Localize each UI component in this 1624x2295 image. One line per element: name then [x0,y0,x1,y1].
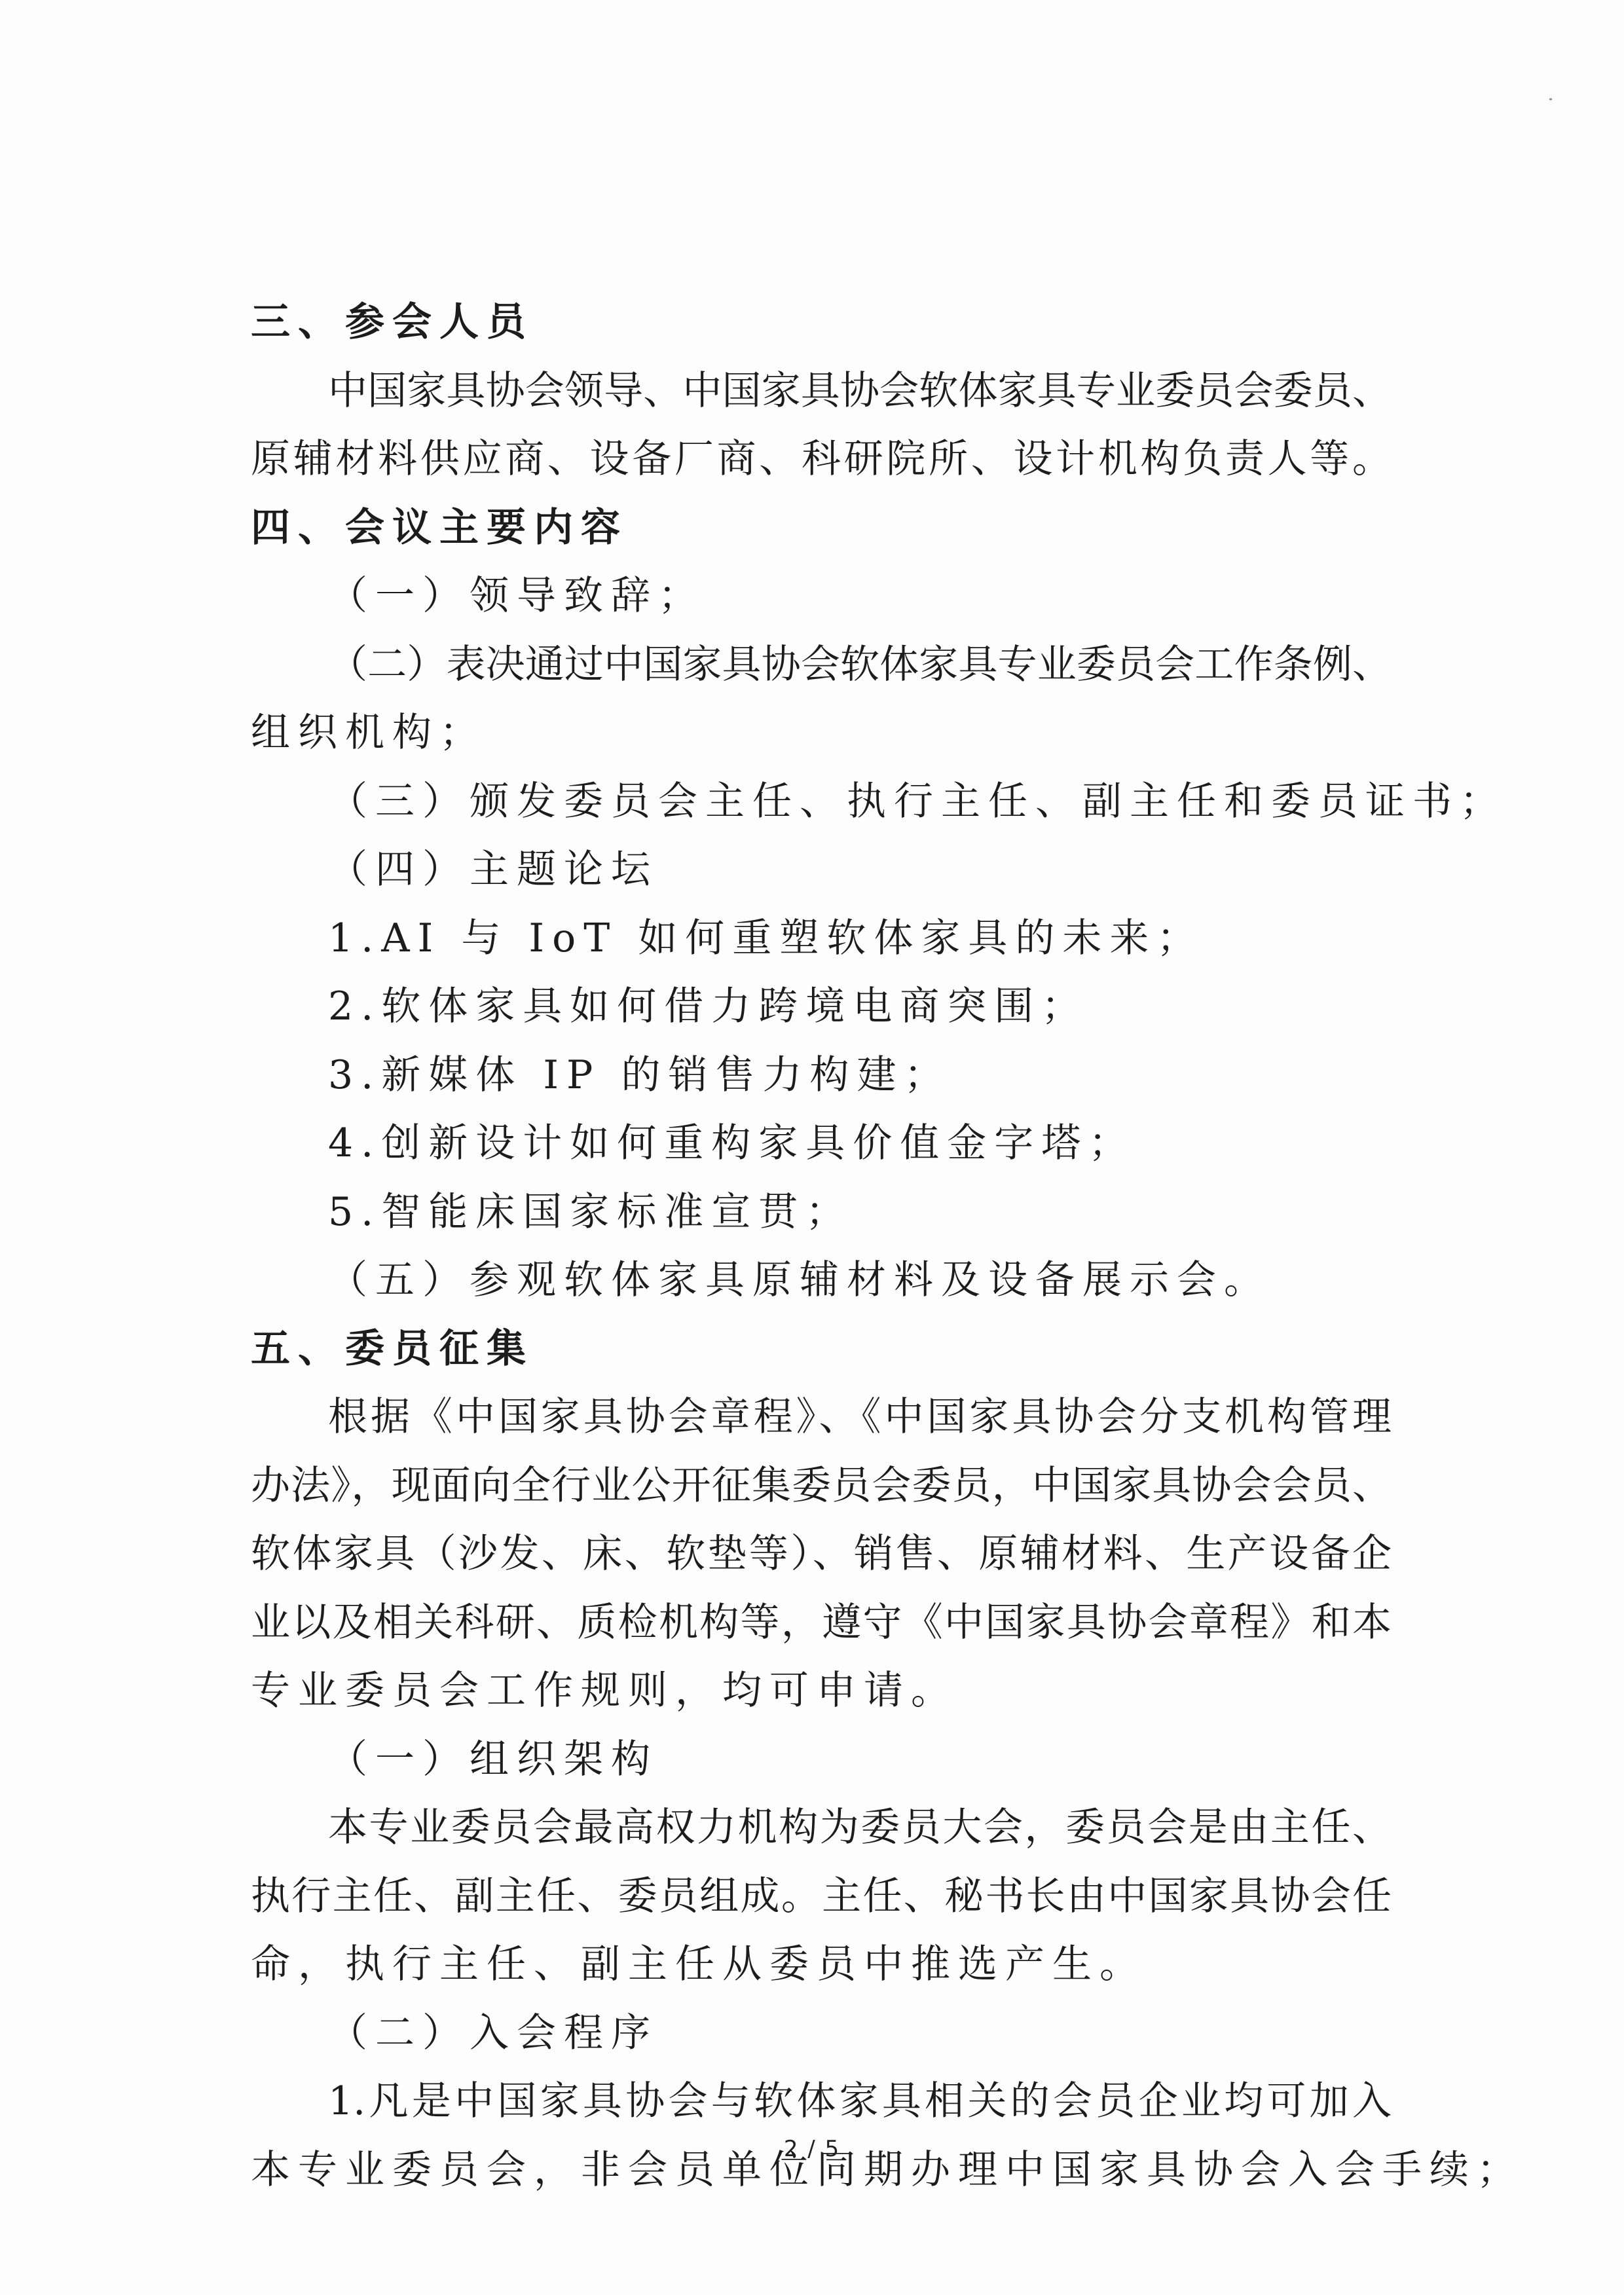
agenda-item: （一）领导致辞； [251,562,1392,631]
subsection-heading-procedure: （二）入会程序 [251,1999,1392,2068]
subsection-heading-organization: （一）组织架构 [251,1725,1392,1794]
document-body: 三、参会人员 中国家具协会领导、中国家具协会软体家具专业委员会委员、 原辅材料供… [251,288,1392,2204]
paragraph-line: 业以及相关科研、质检机构等，遵守《中国家具协会章程》和本 [251,1588,1392,1657]
paragraph-line: 命，执行主任、副主任从委员中推选产生。 [251,1930,1392,1999]
agenda-item: （三）颁发委员会主任、执行主任、副主任和委员证书； [251,767,1392,836]
paragraph-line: 办法》，现面向全行业公开征集委员会委员，中国家具协会会员、 [251,1452,1392,1520]
page-number: 2 / 5 [0,2136,1624,2162]
section-heading-attendees: 三、参会人员 [251,288,1392,357]
paragraph-line: 原辅材料供应商、设备厂商、科研院所、设计机构负责人等。 [251,425,1392,494]
paragraph-line: 执行主任、副主任、委员组成。主任、秘书长由中国家具协会任 [251,1862,1392,1931]
agenda-item: （五）参观软体家具原辅材料及设备展示会。 [251,1246,1392,1315]
paragraph-line: 根据《中国家具协会章程》、《中国家具协会分支机构管理 [251,1383,1392,1452]
document-page: 三、参会人员 中国家具协会领导、中国家具协会软体家具专业委员会委员、 原辅材料供… [0,0,1624,2295]
paragraph-line: 专业委员会工作规则，均可申请。 [251,1657,1392,1725]
agenda-item-continued: 组织机构； [251,699,1392,767]
section-heading-agenda: 四、会议主要内容 [251,494,1392,562]
paragraph-line: 本专业委员会最高权力机构为委员大会，委员会是由主任、 [251,1793,1392,1862]
paragraph-line: 中国家具协会领导、中国家具协会软体家具专业委员会委员、 [251,357,1392,426]
paragraph-line: 软体家具（沙发、床、软垫等）、销售、原辅材料、生产设备企 [251,1520,1392,1588]
scan-artifact [1549,98,1552,100]
forum-topic: 5.智能床国家标准宣贯； [251,1178,1392,1247]
forum-topic: 4.创新设计如何重构家具价值金字塔； [251,1109,1392,1178]
paragraph-line: 1.凡是中国家具协会与软体家具相关的会员企业均可加入 [251,2067,1392,2136]
forum-topic: 2.软体家具如何借力跨境电商突围； [251,972,1392,1041]
forum-topic: 1.AI 与 IoT 如何重塑软体家具的未来； [251,904,1392,973]
forum-topic: 3.新媒体 IP 的销售力构建； [251,1041,1392,1110]
agenda-item: （四）主题论坛 [251,835,1392,904]
agenda-item: （二）表决通过中国家具协会软体家具专业委员会工作条例、 [251,631,1392,699]
section-heading-member-recruitment: 五、委员征集 [251,1315,1392,1384]
